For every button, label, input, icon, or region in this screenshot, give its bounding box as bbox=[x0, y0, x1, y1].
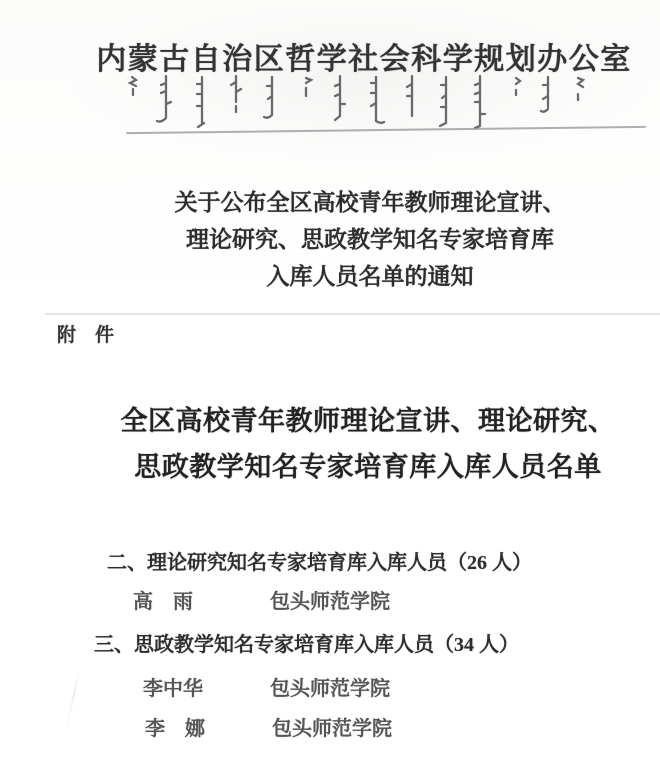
notice-title-line-3: 入库人员名单的通知 bbox=[80, 258, 660, 295]
roster-title: 全区高校青年教师理论宣讲、理论研究、 思政教学知名专家培育库入库人员名单 bbox=[0, 398, 660, 490]
member-row: 李 娜 包头师范学院 bbox=[145, 712, 392, 741]
notice-title: 关于公布全区高校青年教师理论宣讲、 理论研究、思政教学知名专家培育库 入库人员名… bbox=[0, 184, 660, 295]
roster-title-line-2: 思政教学知名专家培育库入库人员名单 bbox=[76, 444, 660, 490]
notice-title-line-1: 关于公布全区高校青年教师理论宣讲、 bbox=[80, 184, 660, 221]
mongolian-script-icon bbox=[126, 74, 588, 130]
scan-artifact bbox=[66, 668, 81, 729]
roster-title-line-1: 全区高校青年教师理论宣讲、理论研究、 bbox=[76, 398, 660, 444]
member-name: 李 娜 bbox=[145, 712, 267, 741]
page-fold-divider bbox=[45, 313, 660, 315]
member-row: 李中华 包头师范学院 bbox=[143, 672, 390, 701]
member-institution: 包头师范学院 bbox=[270, 678, 390, 700]
attachment-label: 附 件 bbox=[57, 320, 114, 347]
notice-title-line-2: 理论研究、思政教学知名专家培育库 bbox=[80, 221, 660, 258]
member-name: 李中华 bbox=[143, 672, 265, 701]
member-row: 高 雨 包头师范学院 bbox=[133, 585, 390, 614]
section-heading-ideological-teaching: 三、思政教学知名专家培育库入库人员（34 人） bbox=[94, 628, 519, 657]
scanned-notice-document: 内蒙古自治区哲学社会科学规划办公室 关于公布全区高校青年教师理论宣讲、 理论研究… bbox=[0, 0, 660, 780]
member-name: 高 雨 bbox=[133, 585, 265, 614]
member-institution: 包头师范学院 bbox=[272, 718, 392, 740]
org-header-title: 内蒙古自治区哲学社会科学规划办公室 bbox=[0, 34, 660, 78]
member-institution: 包头师范学院 bbox=[270, 591, 390, 613]
section-heading-theory-research: 二、理论研究知名专家培育库入库人员（26 人） bbox=[107, 546, 532, 575]
